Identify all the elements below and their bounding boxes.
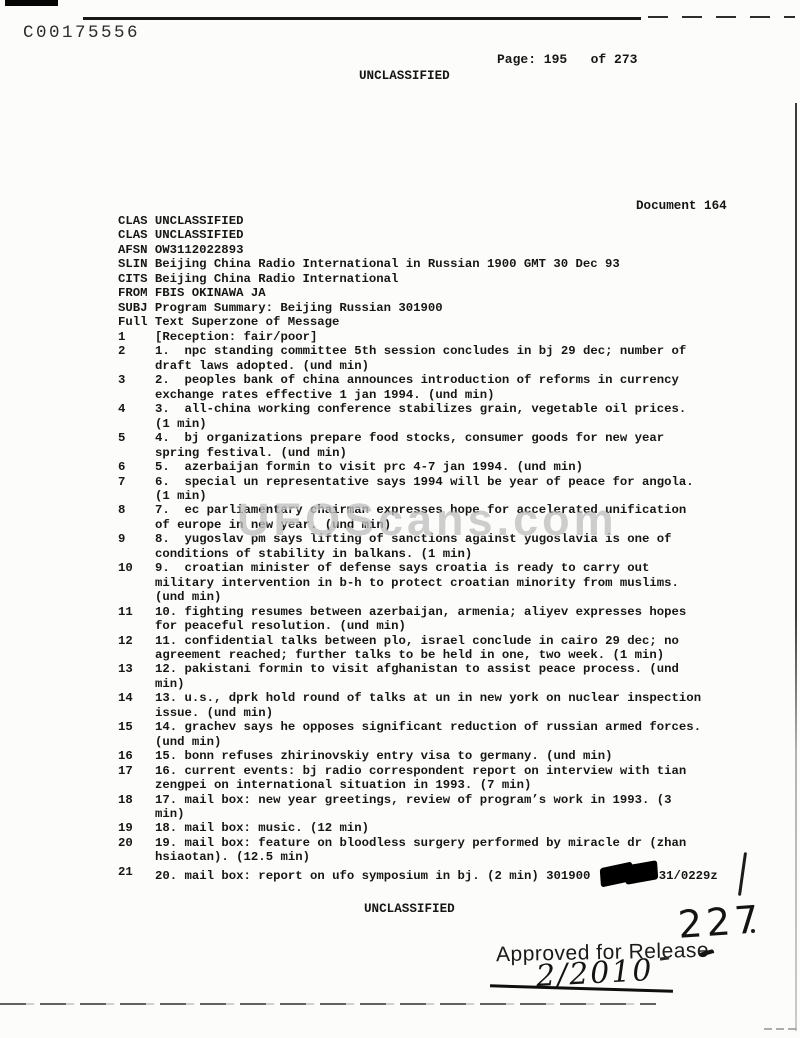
line-text: 5. azerbaijan formin to visit prc 4-7 ja… bbox=[155, 460, 730, 474]
line-text: 4. bj organizations prepare food stocks,… bbox=[155, 431, 730, 460]
superzone-line: military intervention in b-h to protect … bbox=[155, 576, 730, 590]
superzone-line: conditions of stability in balkans. (1 m… bbox=[155, 547, 730, 561]
scan-right-edge-line bbox=[795, 103, 797, 1031]
superzone-row: 2019. mail box: feature on bloodless sur… bbox=[118, 836, 730, 865]
line-text: 10. fighting resumes between azerbaijan,… bbox=[155, 605, 730, 634]
superzone-line: 13. u.s., dprk hold round of talks at un… bbox=[155, 691, 730, 705]
superzone-line: min) bbox=[155, 677, 730, 691]
line-text: 15. bonn refuses zhirinovskiy entry visa… bbox=[155, 749, 730, 763]
superzone-row: 109. croatian minister of defense says c… bbox=[118, 561, 730, 604]
superzone-row: 54. bj organizations prepare food stocks… bbox=[118, 431, 730, 460]
line-number: 13 bbox=[118, 662, 155, 691]
line-text: 9. croatian minister of defense says cro… bbox=[155, 561, 730, 604]
superzone-line: draft laws adopted. (und min) bbox=[155, 359, 730, 373]
message-header-line: SLIN Beijing China Radio International i… bbox=[118, 257, 620, 271]
superzone-line: 19. mail box: feature on bloodless surge… bbox=[155, 836, 730, 850]
line-number: 18 bbox=[118, 793, 155, 822]
line-number: 3 bbox=[118, 373, 155, 402]
superzone-row: 1615. bonn refuses zhirinovskiy entry vi… bbox=[118, 749, 730, 763]
line-number: 1 bbox=[118, 330, 155, 344]
scan-edge-bar bbox=[5, 0, 58, 6]
scan-bottom-line bbox=[0, 1003, 656, 1005]
superzone-line: min) bbox=[155, 807, 730, 821]
superzone-row: 1413. u.s., dprk hold round of talks at … bbox=[118, 691, 730, 720]
watermark-text: UFOScans.com bbox=[237, 494, 618, 546]
superzone-line: 4. bj organizations prepare food stocks,… bbox=[155, 431, 730, 445]
scan-corner-dashes bbox=[764, 1028, 800, 1030]
superzone-line-redacted: 20. mail box: report on ufo symposium in… bbox=[155, 865, 730, 884]
scanned-document-page: C00175556 Page: 195 of 273 UNCLASSIFIED … bbox=[0, 0, 800, 1038]
page-counter: Page: 195 of 273 bbox=[497, 53, 637, 67]
line-number: 11 bbox=[118, 605, 155, 634]
superzone-line: 6. special un representative says 1994 w… bbox=[155, 475, 730, 489]
line-text: 11. confidential talks between plo, isra… bbox=[155, 634, 730, 663]
superzone-line: 18. mail box: music. (12 min) bbox=[155, 821, 730, 835]
classification-footer: UNCLASSIFIED bbox=[364, 902, 455, 916]
line-number: 2 bbox=[118, 344, 155, 373]
line-number: 10 bbox=[118, 561, 155, 604]
superzone-row: 1312. pakistani formin to visit afghanis… bbox=[118, 662, 730, 691]
line-text: 17. mail box: new year greetings, review… bbox=[155, 793, 730, 822]
superzone-row: 1716. current events: bj radio correspon… bbox=[118, 764, 730, 793]
superzone-line: (1 min) bbox=[155, 417, 730, 431]
superzone-row: 21. npc standing committee 5th session c… bbox=[118, 344, 730, 373]
line-text: 3. all-china working conference stabiliz… bbox=[155, 402, 730, 431]
superzone-line: zengpei on international situation in 19… bbox=[155, 778, 730, 792]
line-text: 14. grachev says he opposes significant … bbox=[155, 720, 730, 749]
superzone-line: 16. current events: bj radio corresponde… bbox=[155, 764, 730, 778]
line-number: 4 bbox=[118, 402, 155, 431]
message-header-line: CITS Beijing China Radio International bbox=[118, 272, 620, 286]
line-number: 8 bbox=[118, 503, 155, 532]
line-number: 14 bbox=[118, 691, 155, 720]
superzone-row: 32. peoples bank of china announces intr… bbox=[118, 373, 730, 402]
superzone-line: 1. npc standing committee 5th session co… bbox=[155, 344, 730, 358]
superzone-line: 5. azerbaijan formin to visit prc 4-7 ja… bbox=[155, 460, 730, 474]
superzone-line: 11. confidential talks between plo, isra… bbox=[155, 634, 730, 648]
superzone-line: 2. peoples bank of china announces intro… bbox=[155, 373, 730, 387]
message-header-line: CLAS UNCLASSIFIED bbox=[118, 214, 620, 228]
classification-header: UNCLASSIFIED bbox=[359, 69, 450, 83]
message-header-line: AFSN OW3112022893 bbox=[118, 243, 620, 257]
line-number: 7 bbox=[118, 475, 155, 504]
superzone-row: 1918. mail box: music. (12 min) bbox=[118, 821, 730, 835]
line-text: 18. mail box: music. (12 min) bbox=[155, 821, 730, 835]
line-text: [Reception: fair/poor] bbox=[155, 330, 730, 344]
line-number: 17 bbox=[118, 764, 155, 793]
line-text: 19. mail box: feature on bloodless surge… bbox=[155, 836, 730, 865]
line-text: 2. peoples bank of china announces intro… bbox=[155, 373, 730, 402]
line-text: 16. current events: bj radio corresponde… bbox=[155, 764, 730, 793]
scan-top-line-dashes bbox=[648, 16, 795, 18]
superzone-line: 15. bonn refuses zhirinovskiy entry visa… bbox=[155, 749, 730, 763]
scan-top-line bbox=[83, 17, 641, 20]
superzone-row: 65. azerbaijan formin to visit prc 4-7 j… bbox=[118, 460, 730, 474]
line-number: 12 bbox=[118, 634, 155, 663]
superzone-row: 1[Reception: fair/poor] bbox=[118, 330, 730, 344]
superzone-row: 1817. mail box: new year greetings, revi… bbox=[118, 793, 730, 822]
line-number: 5 bbox=[118, 431, 155, 460]
case-number: C00175556 bbox=[23, 23, 140, 43]
superzone-items: 1[Reception: fair/poor]21. npc standing … bbox=[118, 330, 730, 884]
superzone-row: 43. all-china working conference stabili… bbox=[118, 402, 730, 431]
line-text: 1. npc standing committee 5th session co… bbox=[155, 344, 730, 373]
line-number: 9 bbox=[118, 532, 155, 561]
message-header-line: Full Text Superzone of Message bbox=[118, 315, 620, 329]
superzone-line: (und min) bbox=[155, 590, 730, 604]
redaction-pre-text: 20. mail box: report on ufo symposium in… bbox=[155, 869, 598, 883]
redaction-post-text: 31/0229z bbox=[659, 869, 718, 883]
superzone-row: 1211. confidential talks between plo, is… bbox=[118, 634, 730, 663]
line-number: 21 bbox=[118, 865, 155, 884]
superzone-row: 2120. mail box: report on ufo symposium … bbox=[118, 865, 730, 884]
document-number-label: Document 164 bbox=[636, 199, 727, 213]
superzone-line: 10. fighting resumes between azerbaijan,… bbox=[155, 605, 730, 619]
superzone-line: 3. all-china working conference stabiliz… bbox=[155, 402, 730, 416]
superzone-line: [Reception: fair/poor] bbox=[155, 330, 730, 344]
message-header-fields: CLAS UNCLASSIFIEDCLAS UNCLASSIFIEDAFSN O… bbox=[118, 214, 620, 330]
superzone-line: 9. croatian minister of defense says cro… bbox=[155, 561, 730, 575]
superzone-line: 12. pakistani formin to visit afghanista… bbox=[155, 662, 730, 676]
line-number: 20 bbox=[118, 836, 155, 865]
line-number: 16 bbox=[118, 749, 155, 763]
line-text: 20. mail box: report on ufo symposium in… bbox=[155, 865, 730, 884]
line-number: 15 bbox=[118, 720, 155, 749]
superzone-row: 1110. fighting resumes between azerbaija… bbox=[118, 605, 730, 634]
superzone-line: spring festival. (und min) bbox=[155, 446, 730, 460]
superzone-line: agreement reached; further talks to be h… bbox=[155, 648, 730, 662]
superzone-line: issue. (und min) bbox=[155, 706, 730, 720]
ink-dot bbox=[751, 929, 755, 933]
line-number: 19 bbox=[118, 821, 155, 835]
superzone-line: 14. grachev says he opposes significant … bbox=[155, 720, 730, 734]
superzone-line: for peaceful resolution. (und min) bbox=[155, 619, 730, 633]
line-text: 12. pakistani formin to visit afghanista… bbox=[155, 662, 730, 691]
line-number: 6 bbox=[118, 460, 155, 474]
superzone-line: exchange rates effective 1 jan 1994. (un… bbox=[155, 388, 730, 402]
message-header-line: SUBJ Program Summary: Beijing Russian 30… bbox=[118, 301, 620, 315]
message-header-line: FROM FBIS OKINAWA JA bbox=[118, 286, 620, 300]
pen-mark bbox=[738, 852, 747, 896]
superzone-line: 17. mail box: new year greetings, review… bbox=[155, 793, 730, 807]
message-header-line: CLAS UNCLASSIFIED bbox=[118, 228, 620, 242]
superzone-line: (und min) bbox=[155, 735, 730, 749]
superzone-row: 1514. grachev says he opposes significan… bbox=[118, 720, 730, 749]
line-text: 13. u.s., dprk hold round of talks at un… bbox=[155, 691, 730, 720]
